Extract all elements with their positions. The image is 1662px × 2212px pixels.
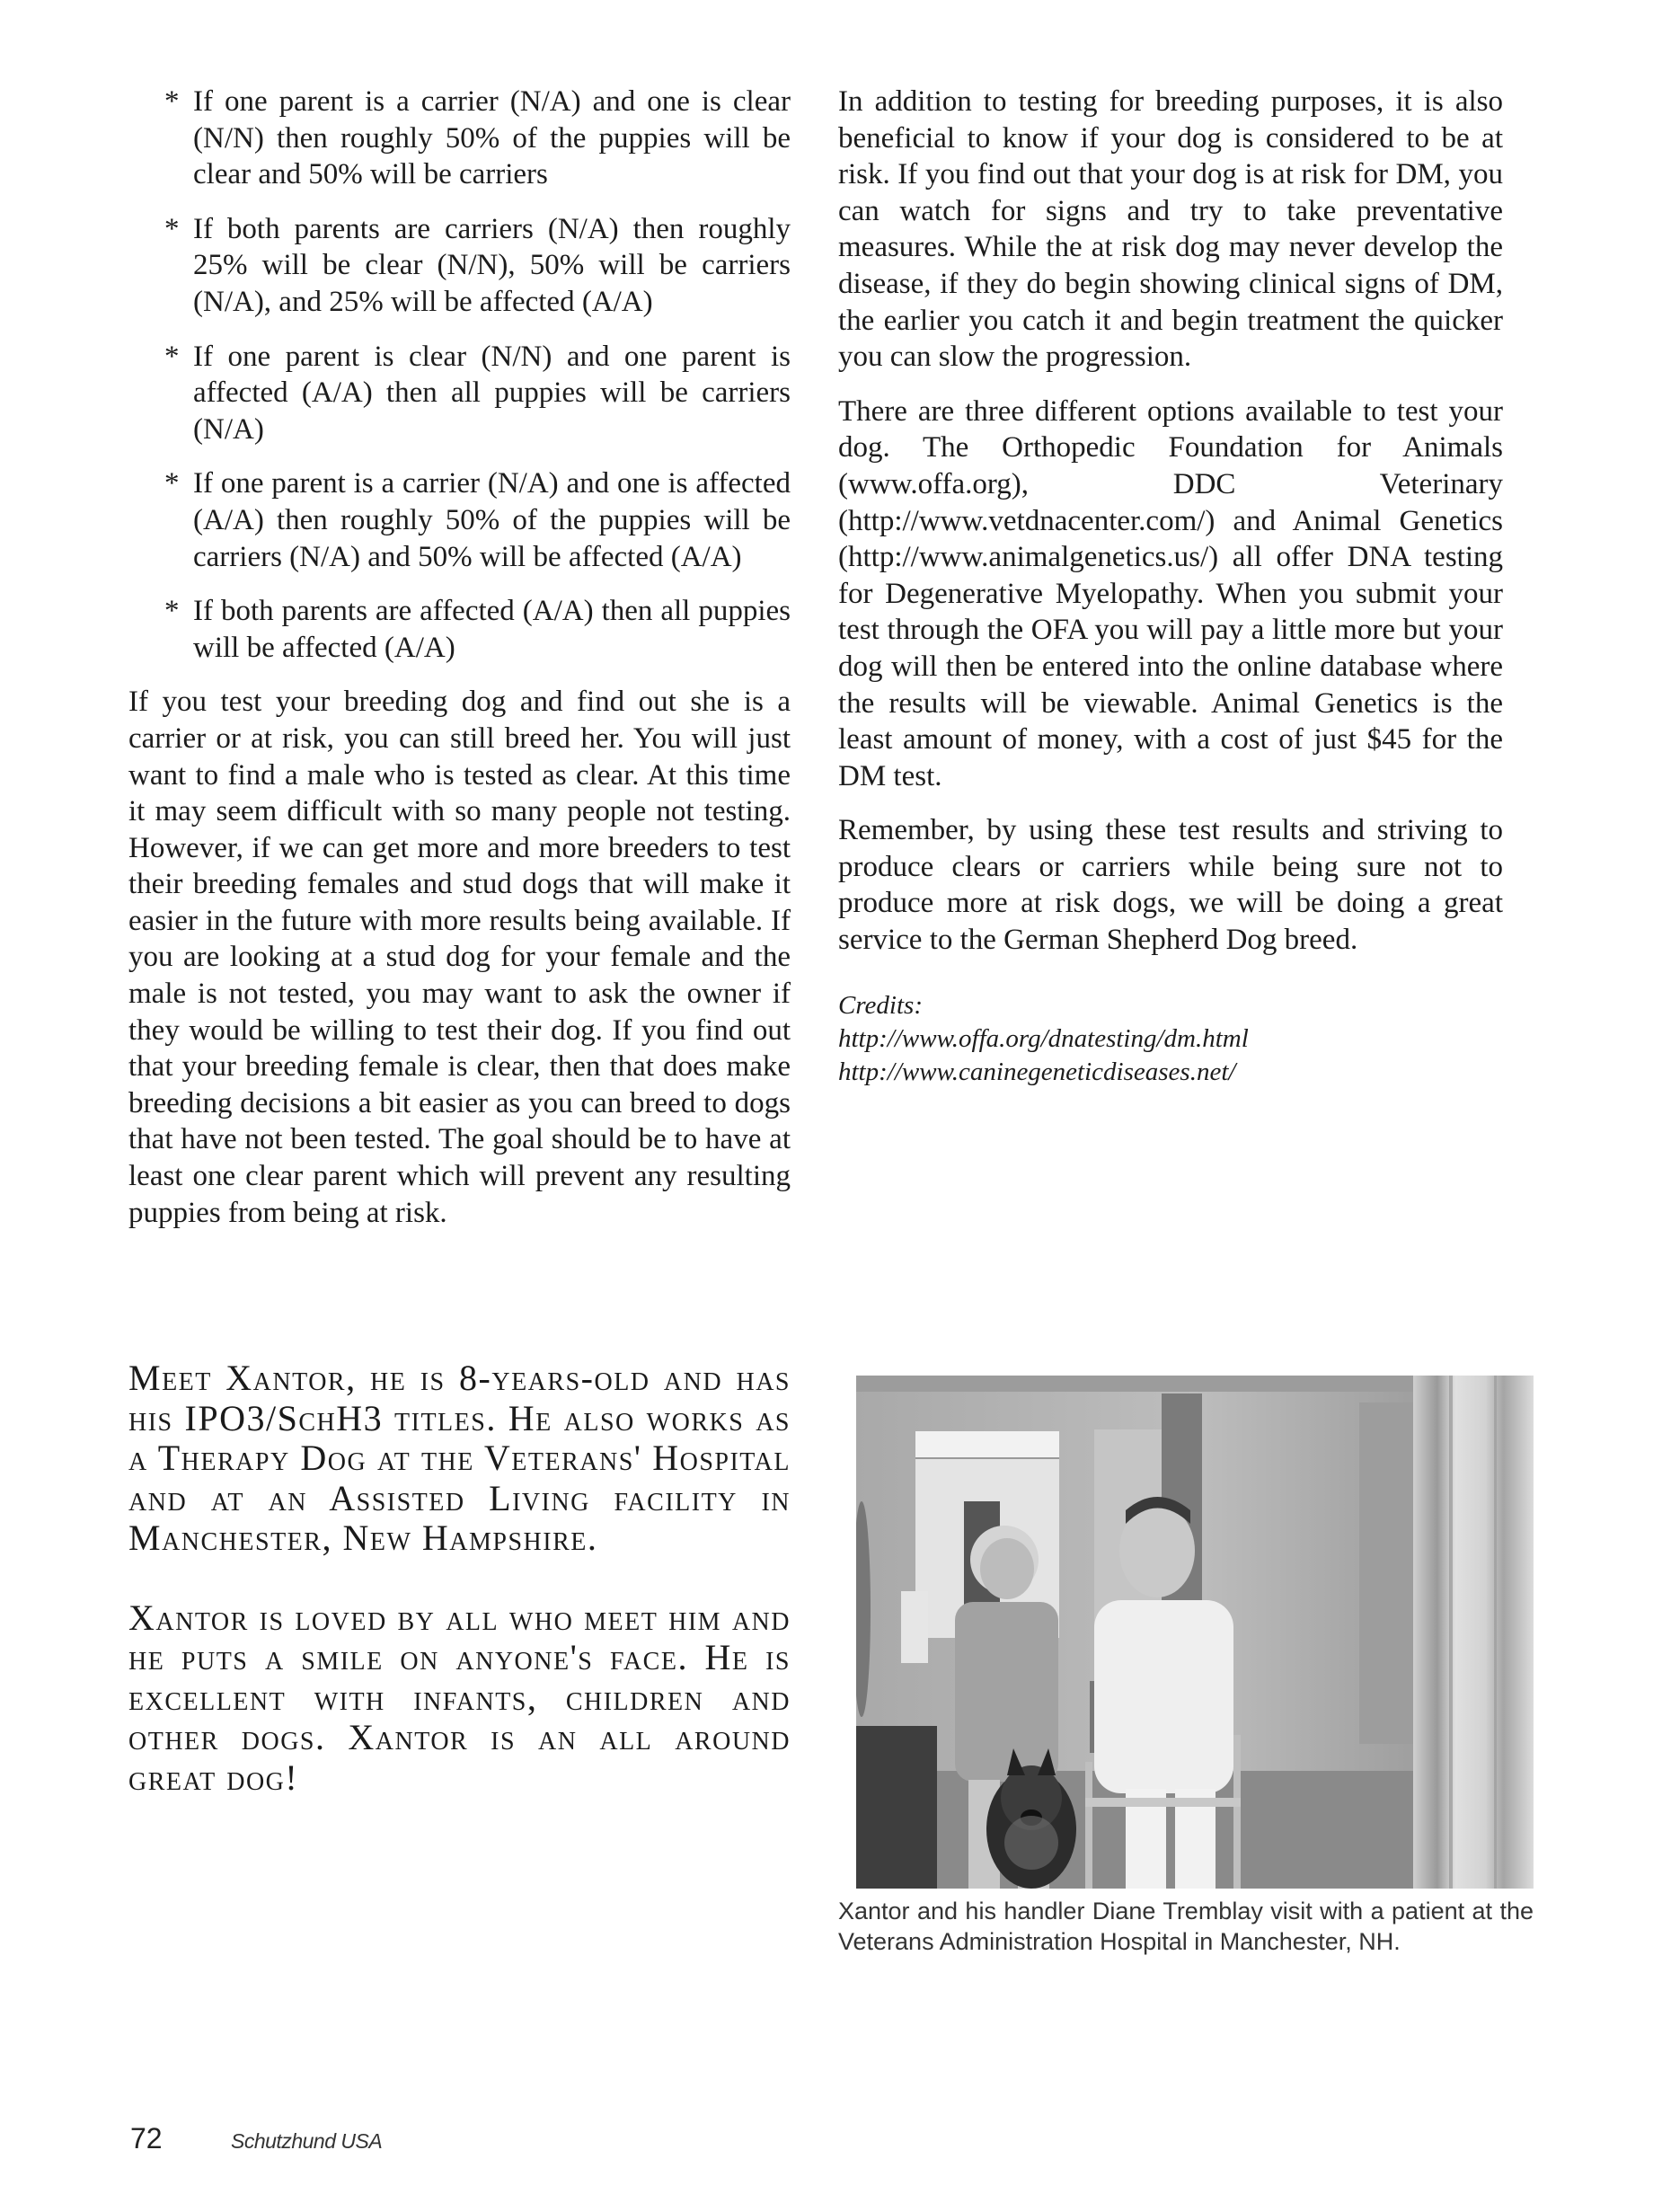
bullet-item: *If one parent is a carrier (N/A) and on… bbox=[128, 465, 791, 575]
credits-block: Credits: http://www.offa.org/dnatesting/… bbox=[838, 989, 1503, 1089]
xantor-intro-paragraph: Meet Xantor, he is 8-years-old and has h… bbox=[128, 1358, 791, 1559]
asterisk-bullet-icon: * bbox=[164, 593, 180, 630]
at-risk-paragraph: In addition to testing for breeding purp… bbox=[838, 84, 1503, 376]
inheritance-bullet-list: *If one parent is a carrier (N/A) and on… bbox=[128, 84, 791, 666]
asterisk-bullet-icon: * bbox=[164, 465, 180, 502]
publication-name: Schutzhund USA bbox=[231, 2129, 382, 2154]
bullet-item: *If both parents are affected (A/A) then… bbox=[128, 593, 791, 666]
left-column: *If one parent is a carrier (N/A) and on… bbox=[128, 84, 791, 1249]
asterisk-bullet-icon: * bbox=[164, 84, 180, 120]
conclusion-paragraph: Remember, by using these test results an… bbox=[838, 812, 1503, 958]
credit-link[interactable]: http://www.caninegeneticdiseases.net/ bbox=[838, 1056, 1503, 1089]
bullet-item: *If one parent is clear (N/N) and one pa… bbox=[128, 339, 791, 448]
therapy-dog-photo bbox=[856, 1376, 1534, 1889]
bullet-item: *If both parents are carriers (N/A) then… bbox=[128, 211, 791, 321]
credit-link[interactable]: http://www.offa.org/dnatesting/dm.html bbox=[838, 1022, 1503, 1056]
right-column: In addition to testing for breeding purp… bbox=[838, 84, 1503, 1089]
page-number: 72 bbox=[130, 2122, 163, 2155]
bullet-item: *If one parent is a carrier (N/A) and on… bbox=[128, 84, 791, 193]
testing-options-paragraph: There are three different options availa… bbox=[838, 394, 1503, 795]
asterisk-bullet-icon: * bbox=[164, 211, 180, 248]
photo-illustration bbox=[856, 1376, 1534, 1889]
photo-caption: Xantor and his handler Diane Tremblay vi… bbox=[838, 1896, 1534, 1957]
breeding-advice-paragraph: If you test your breeding dog and find o… bbox=[128, 684, 791, 1231]
credits-label: Credits: bbox=[838, 989, 1503, 1022]
asterisk-bullet-icon: * bbox=[164, 339, 180, 376]
xantor-praise-paragraph: Xantor is loved by all who meet him and … bbox=[128, 1598, 791, 1799]
xantor-feature-text: Meet Xantor, he is 8-years-old and has h… bbox=[128, 1358, 791, 1837]
